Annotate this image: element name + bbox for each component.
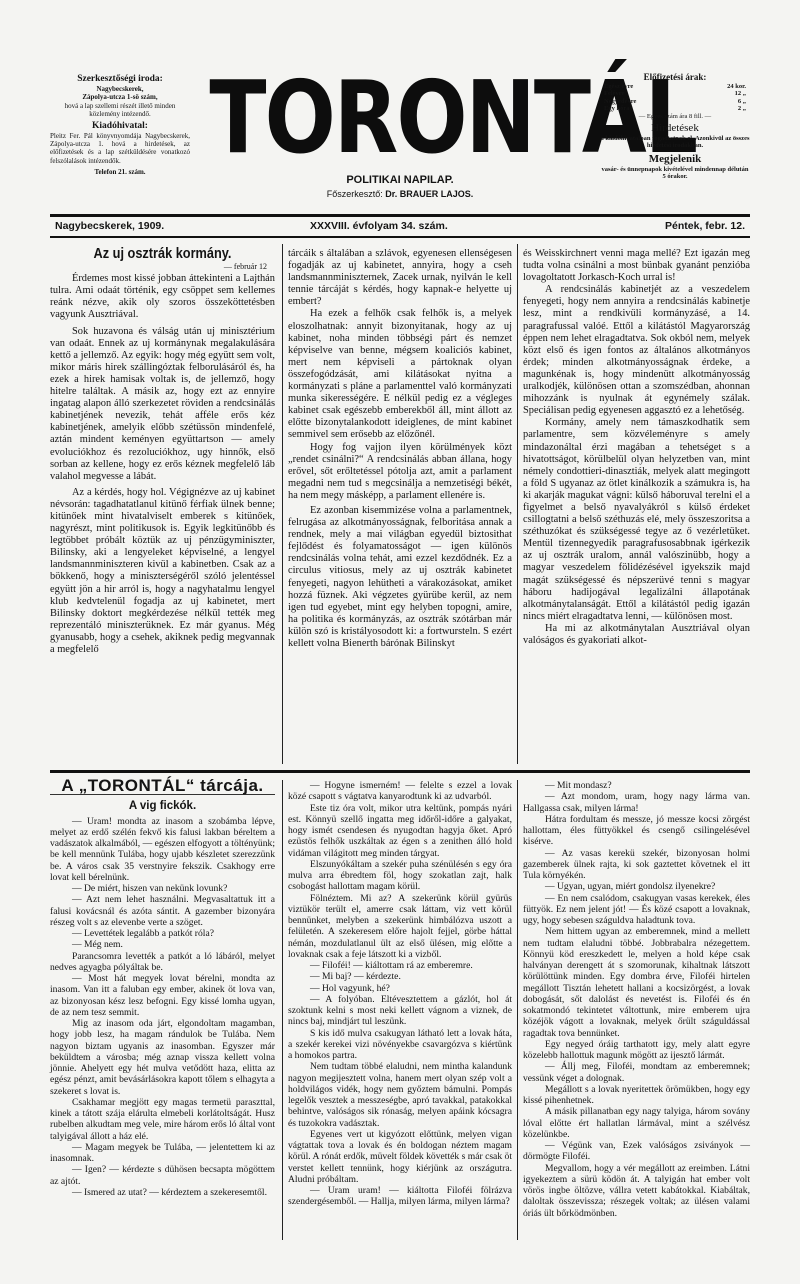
paragraph: — De miért, hiszen van nekünk lovunk? [50,883,275,894]
editorial-office-address: Zápolya-utcza 1-sö szám, [50,93,190,101]
price-row: Negyedévre6 „ [600,98,750,105]
column-divider [517,244,518,764]
paragraph: — Levettétek legalább a patkót róla? [50,928,275,939]
column-divider [282,780,283,1240]
lead-article-title: Az uj osztrák kormány. [67,248,258,260]
editorial-office-box: Szerkesztőségi iroda: Nagybecskerek, Záp… [50,72,190,177]
paragraph: Megállott s a lovak nyeritettek örömükbe… [523,1084,750,1107]
paragraph: — Hogyne ismerném! — felelte s ezzel a l… [288,780,512,803]
masthead: Szerkesztőségi iroda: Nagybecskerek, Záp… [50,72,750,212]
paragraph: — Uram uram! — kiáltotta Filoféi fölrázv… [288,1185,512,1208]
place-year: Nagybecskerek, 1909. [55,220,164,232]
paragraph: — Mi baj? — kérdezte. [288,971,512,982]
paragraph: — Azt nem lehet használni. Megvasaltattu… [50,894,275,928]
paragraph: — Igen? — kérdezte s dühösen becsapta mö… [50,1164,275,1187]
paragraph: Egy negyed óráig tarthatott igy, mely al… [523,1039,750,1062]
editor-line: Főszerkesztő: Dr. BRAUER LAJOS. [195,189,605,199]
feuilleton-col-2: — Hogyne ismerném! — felelte s ezzel a l… [288,780,512,1208]
paragraph: — En nem csalódom, csakugyan vasas kerek… [523,893,750,927]
editor-name: Dr. BRAUER LAJOS. [385,189,473,199]
paragraph: Csakhamar megjött egy magas termetü para… [50,1097,275,1142]
editorial-office-note: hová a lap szellemi részét illető minden… [50,102,190,119]
price-row: Egy hóra2 „ [600,105,750,112]
paragraph: Nem tudtam többé elaludni, nem mintha ka… [288,1061,512,1129]
paragraph: — A folyóban. Eltévesztettem a gázlót, h… [288,994,512,1028]
ads-text: a kiadóhivatalban fogadtatnak el. Azonki… [600,135,750,150]
paragraph: Este tiz óra volt, mikor utra keltünk, p… [288,803,512,859]
paragraph: Parancsomra levették a patkót a ló lábár… [50,951,275,974]
volume-issue: XXXVIII. évfolyam 34. szám. [310,220,448,232]
subscription-heading: Előfizetési árak: [600,72,750,83]
single-copy-price: — Egyes szám ára 8 fill. — [600,113,750,120]
lead-article-col-1: Az uj osztrák kormány. — február 12 Érde… [50,248,275,656]
paragraph: Ha ezek a felhők csak felhők is, a melye… [288,308,512,441]
paragraph: S kis idő mulva csakugyan látható lett a… [288,1028,512,1062]
publisher-heading: Kiadóhivatal: [50,120,190,132]
paragraph: — Magam megyek be Tulába, — jelentettem … [50,1142,275,1165]
paragraph: Kormány, amely nem támaszkodhatik sem pa… [523,417,750,623]
feuilleton-col-3: — Mit mondasz? — Azt mondom, uram, hogy … [523,780,750,1219]
phone-number: Telefon 21. szám. [50,168,190,176]
paragraph: Ez azonban kisemmizése volna a parlament… [288,505,512,650]
paragraph: — Ugyan, ugyan, miért gondolsz ilyenekre… [523,881,750,892]
paragraph: — Még nem. [50,939,275,950]
feuilleton-heading: A „TORONTÁL“ tárcája. [50,780,275,791]
paragraph: Az a kérdés, hogy hol. Végignézve az uj … [50,487,275,656]
price-row: Egész évre24 kor. [600,83,750,90]
paragraph: Elszunyókáltam a szekér puha szénülésén … [288,859,512,893]
feuilleton-rule [50,770,750,773]
newspaper-page: Szerkesztőségi iroda: Nagybecskerek, Záp… [50,0,750,1284]
paragraph: — Végünk van, Ezek valóságos zsiványok —… [523,1140,750,1163]
editor-label: Főszerkesztő: [327,189,383,199]
paragraph: — Most hát megyek lovat bérelni, mondta … [50,973,275,1018]
subscription-box: Előfizetési árak: Egész évre24 kor. Félé… [600,72,750,181]
paragraph: — Hol vagyunk, hé? [288,983,512,994]
newspaper-title: TORONTÁL [209,68,590,168]
paragraph: és Weisskirchnert venni maga mellé? Ezt … [523,248,750,284]
dateline: Nagybecskerek, 1909. XXXVIII. évfolyam 3… [50,220,750,234]
paragraph: — Azt mondom, uram, hogy nagy lárma van.… [523,791,750,814]
feuilleton-col-1: A „TORONTÁL“ tárcája. A vig fickók. — Ur… [50,780,275,1198]
appears-heading: Megjelenik [600,153,750,166]
publisher-info: Pleitz Fer. Pál könyvnyomdája Nagybecske… [50,132,190,166]
paragraph: Megvallom, hogy a vér megállott az ereim… [523,1163,750,1219]
paragraph: tárcáik s általában a szlávok, egyenesen… [288,248,512,308]
paragraph: A másik pillanatban egy nagy talyiga, há… [523,1106,750,1140]
paragraph: — Állj meg, Filoféi, mondtam az emberemn… [523,1061,750,1084]
editorial-office-heading: Szerkesztőségi iroda: [50,73,190,85]
paragraph: Sok huzavona és válság után uj minisztér… [50,326,275,483]
paragraph: Mig az inasom oda járt, elgondoltam maga… [50,1018,275,1097]
paragraph: Hátra fordultam és messze, jó messze koc… [523,814,750,848]
appears-text: vasár- és ünnepnapok kivételével mindenn… [600,166,750,181]
lead-article-col-3: és Weisskirchnert venni maga mellé? Ezt … [523,248,750,647]
paragraph: — Mit mondasz? [523,780,750,791]
paragraph: Egyenes vert ut kigyózott előttünk, mely… [288,1129,512,1185]
paragraph: Hogy fog vajjon ilyen körülmények közt „… [288,442,512,502]
paragraph: Fölnéztem. Mi az? A szekerünk körül gyür… [288,893,512,961]
paragraph: Nem hittem ugyan az emberemnek, mind a m… [523,926,750,1039]
paragraph: Ha mi az alkotmánytalan Ausztriával olya… [523,623,750,647]
day-date: Péntek, febr. 12. [665,220,745,232]
paragraph: A rendcsinálás kabinetjét az a veszedele… [523,284,750,417]
paragraph: — Filoféi! — kiáltottam rá az emberemre. [288,960,512,971]
lead-article-col-2: tárcáik s általában a szlávok, egyenesen… [288,248,512,650]
paragraph: Érdemes most kissé jobban áttekinteni a … [50,273,275,321]
price-row: Félévre12 „ [600,90,750,97]
paragraph: — Ismered az utat? — kérdeztem a szekere… [50,1187,275,1198]
title-block: TORONTÁL POLITIKAI NAPILAP. Főszerkesztő… [195,72,605,199]
lead-article-date: — február 12 [50,261,267,273]
ads-heading: Hirdetések [600,122,750,135]
column-divider [517,780,518,1240]
story-title: A vig fickók. [50,801,275,812]
dateline-rule [50,236,750,238]
paragraph: — Az vasas kerekü szekér, bizonyosan hol… [523,848,750,882]
paragraph: — Uram! mondta az inasom a szobámba lépv… [50,816,275,884]
editorial-office-city: Nagybecskerek, [50,85,190,93]
column-divider [282,244,283,764]
top-rule [50,214,750,217]
